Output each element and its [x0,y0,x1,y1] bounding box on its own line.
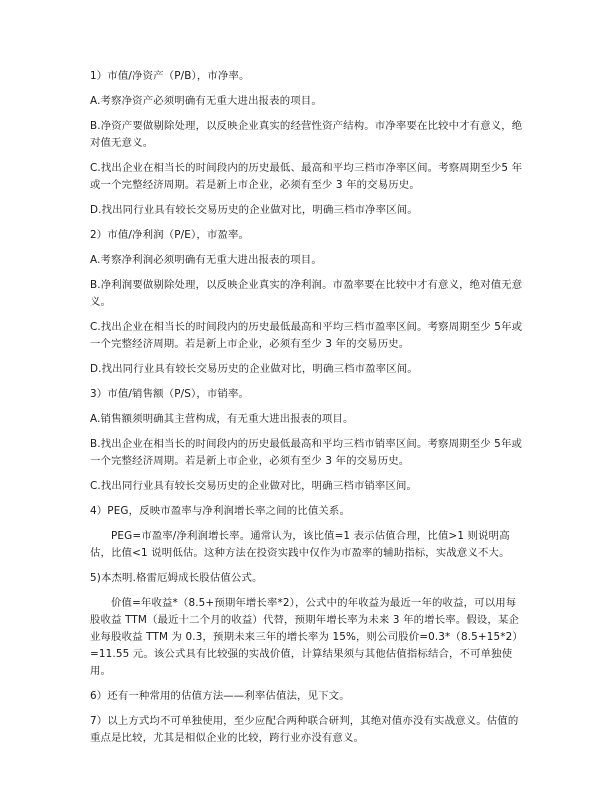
ps-item-a: A.销售额须明确其主营构成，有无重大进出报表的项目。 [90,411,526,428]
heading-graham: 5)本杰明.格雷厄姆成长股估值公式。 [90,570,526,587]
document-page: 1）市值/净资产（P/B），市净率。 A.考察净资产必须明确有无重大进出报表的项… [90,68,526,755]
heading-pe: 2）市值/净利润（P/E），市盈率。 [90,227,526,244]
pe-item-c: C.找出企业在相当长的时间段内的历史最低最高和平均三档市盈率区间。考察周期至少 … [90,319,526,353]
pb-item-d: D.找出同行业具有较长交易历史的企业做对比，明确三档市净率区间。 [90,202,526,219]
ps-item-c: C.找出同行业具有较长交易历史的企业做对比，明确三档市销率区间。 [90,478,526,495]
conclusion: 7）以上方式均不可单独使用，至少应配合两种联合研判，其绝对值亦没有实战意义。估值… [90,713,526,747]
pe-item-b: B.净利润要做剔除处理，以反映企业真实的净利润。市盈率要在比较中才有意义，绝对值… [90,277,526,311]
graham-formula: 价值=年收益*（8.5+预期年增长率*2），公式中的年收益为最近一年的收益，可以… [90,595,526,680]
pe-item-d: D.找出同行业具有较长交易历史的企业做对比，明确三档市盈率区间。 [90,361,526,378]
pb-item-a: A.考察净资产必须明确有无重大进出报表的项目。 [90,93,526,110]
heading-peg: 4）PEG，反映市盈率与净利润增长率之间的比值关系。 [90,503,526,520]
heading-pb: 1）市值/净资产（P/B），市净率。 [90,68,526,85]
pb-item-b: B.净资产要做剔除处理，以反映企业真实的经营性资产结构。市净率要在比较中才有意义… [90,118,526,152]
peg-description: PEG=市盈率/净利润增长率。通常认为，该比值=1 表示估值合理，比值>1 则说… [90,528,526,562]
heading-interest-rate: 6）还有一种常用的估值方法——利率估值法，见下文。 [90,688,526,705]
ps-item-b: B.找出企业在相当长的时间段内的历史最低最高和平均三档市销率区间。考察周期至少 … [90,436,526,470]
pb-item-c: C.找出企业在相当长的时间段内的历史最低、最高和平均三档市净率区间。考察周期至少… [90,160,526,194]
pe-item-a: A.考察净利润必须明确有无重大进出报表的项目。 [90,252,526,269]
heading-ps: 3）市值/销售额（P/S），市销率。 [90,386,526,403]
